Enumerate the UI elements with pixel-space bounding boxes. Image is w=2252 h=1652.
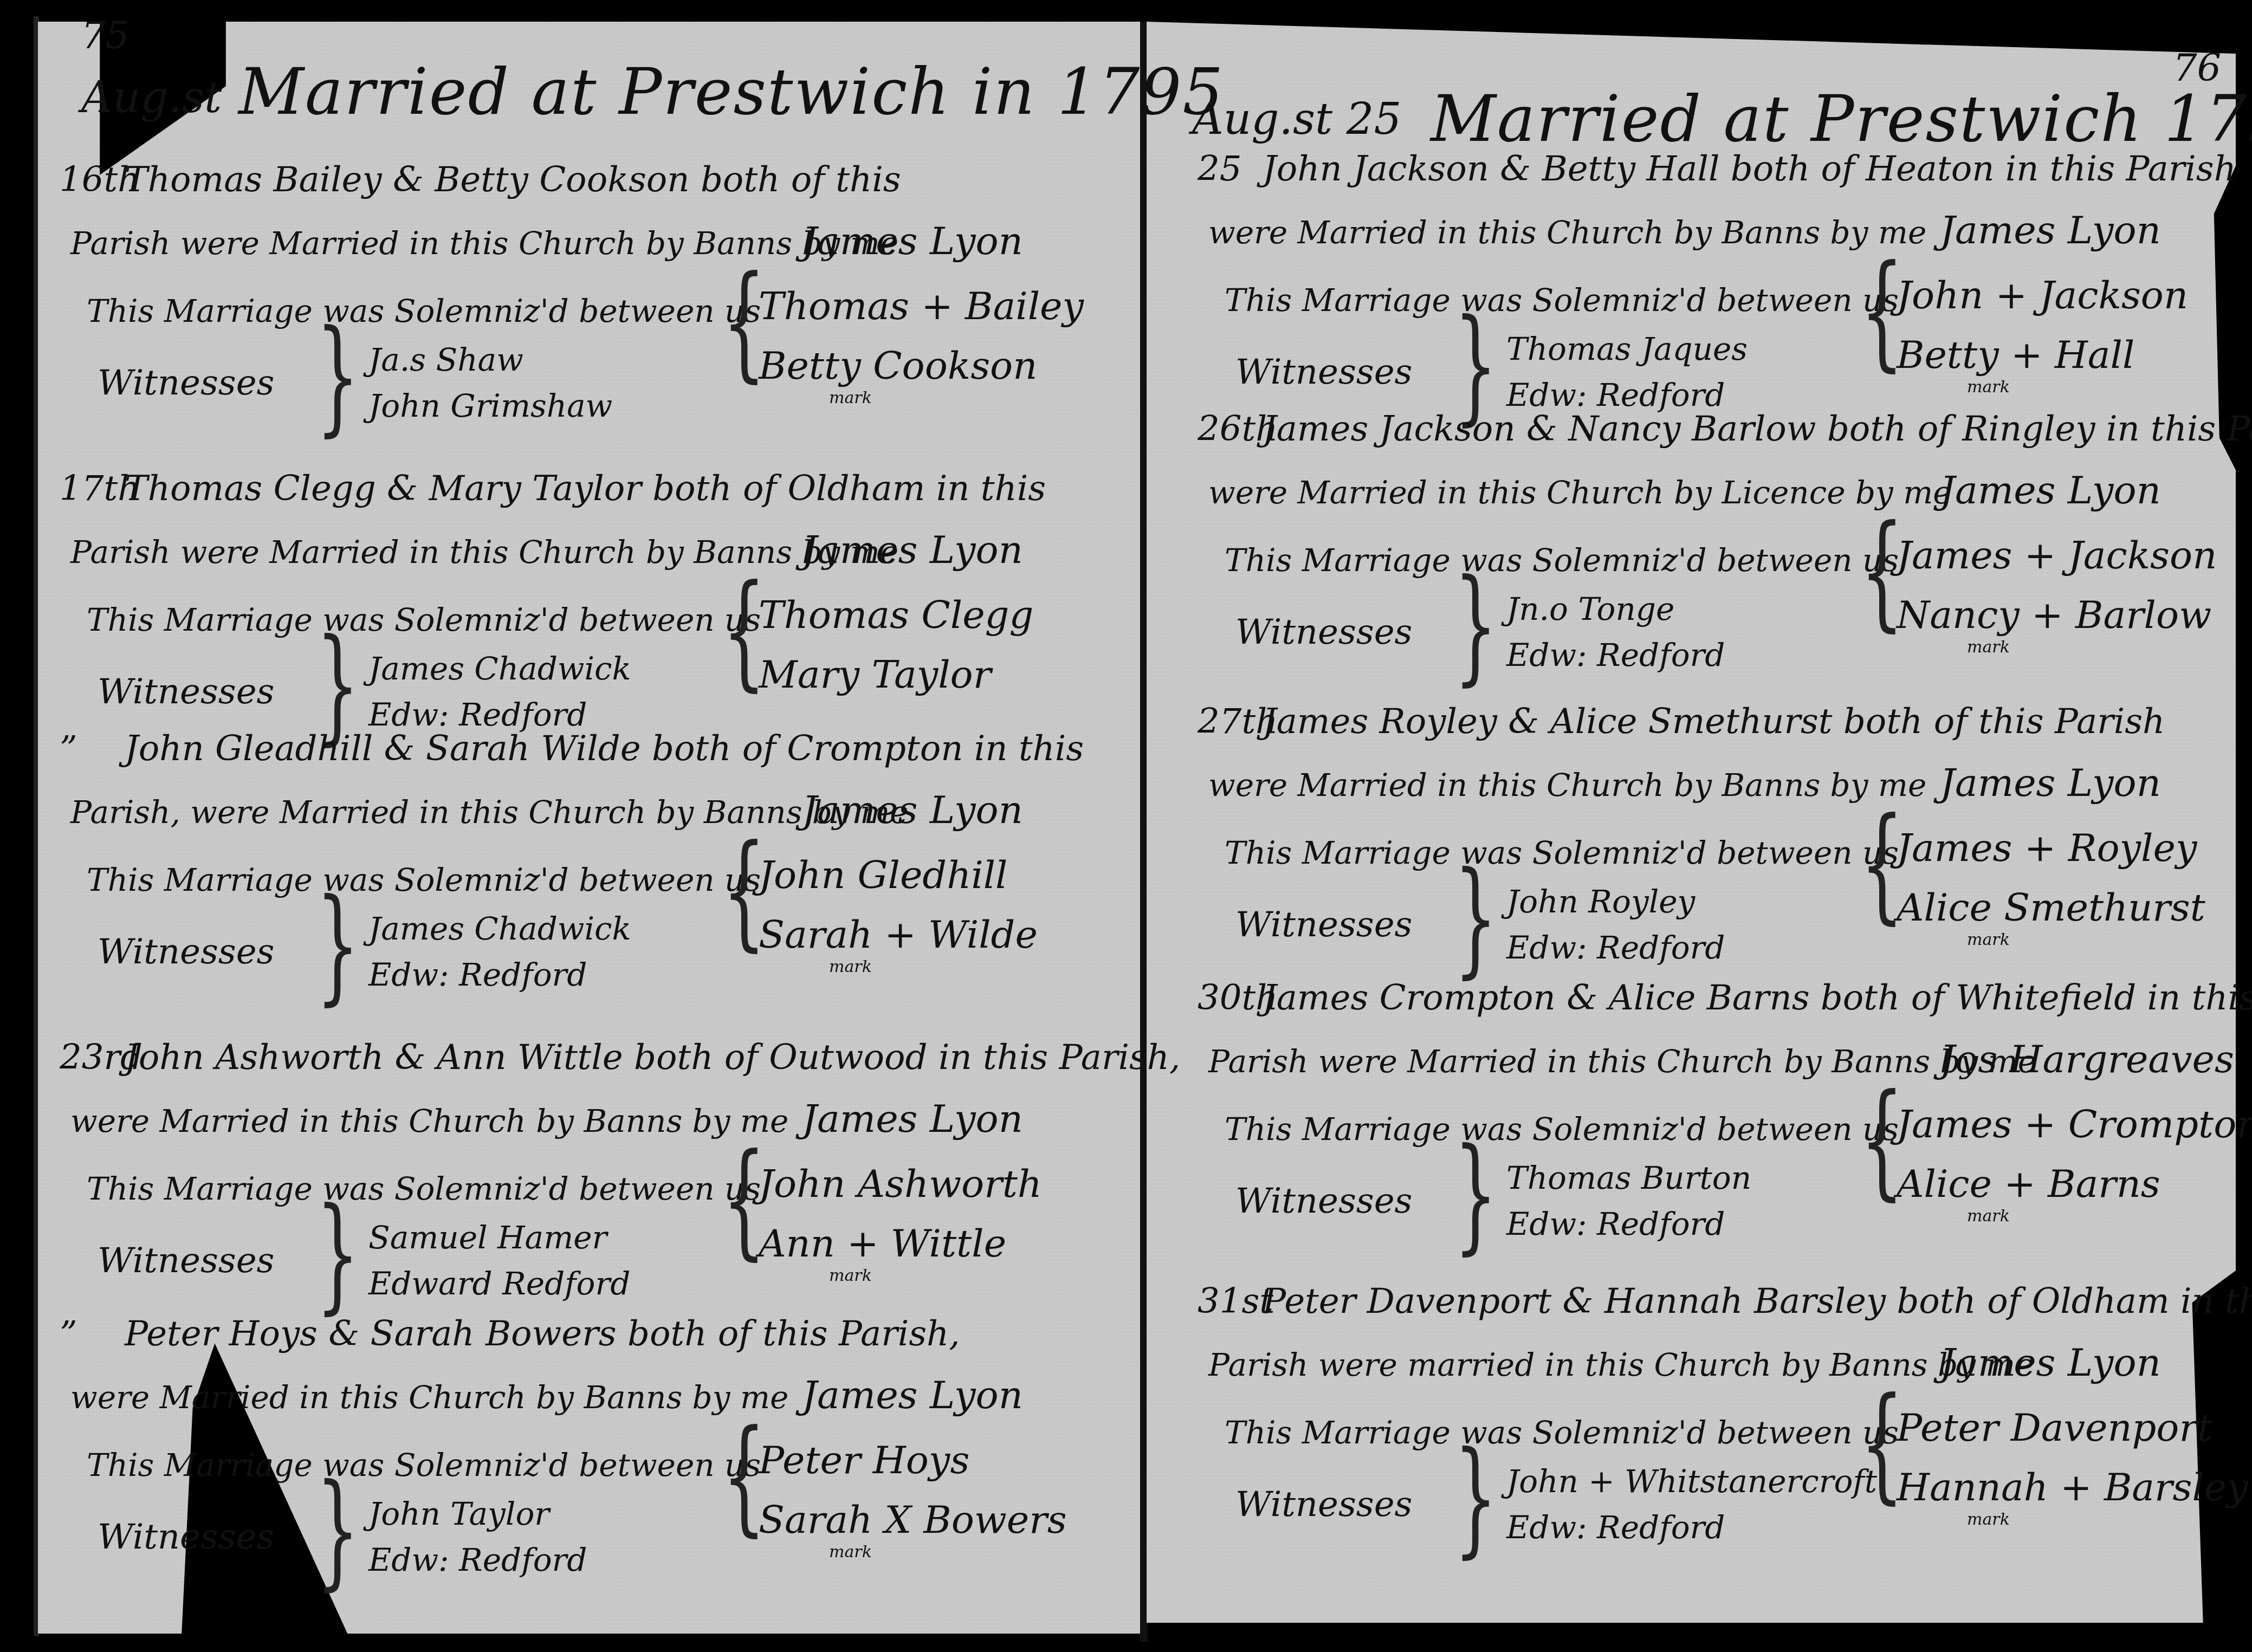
- entry-parties-line: John Ashworth & Ann Wittle both of Outwo…: [125, 1040, 1180, 1075]
- witness-brace: }: [1454, 1132, 1497, 1257]
- entry-parties-line: James Royley & Alice Smethurst both of t…: [1263, 704, 2165, 739]
- entry-parties-line: Peter Hoys & Sarah Bowers both of this P…: [125, 1317, 960, 1351]
- witnesses-label: Witnesses: [98, 1520, 274, 1554]
- witness-2: Edw: Redford: [368, 1544, 587, 1576]
- witnesses-label: Witnesses: [98, 935, 274, 969]
- witness-2: Edw: Redford: [1506, 379, 1725, 411]
- entry-parties-line: James Jackson & Nancy Barlow both of Rin…: [1263, 412, 2252, 446]
- solemnized-text: This Marriage was Solemniz'd between us: [1225, 837, 1899, 869]
- entry-parties-line: John Jackson & Betty Hall both of Heaton…: [1263, 152, 2236, 186]
- mark-label: mark: [1967, 379, 2010, 396]
- witness-1: John Taylor: [368, 1498, 549, 1530]
- witness-2: Edw: Redford: [1506, 1512, 1725, 1543]
- witness-brace: }: [316, 314, 359, 439]
- witnesses-label: Witnesses: [1235, 355, 1412, 390]
- officiant-signature: James Lyon: [802, 1376, 1023, 1414]
- bride-signature: Alice + Barns: [1897, 1165, 2160, 1203]
- witness-2: John Grimshaw: [368, 390, 612, 422]
- entry-parties-line: Thomas Clegg & Mary Taylor both of Oldha…: [125, 471, 1046, 506]
- entry-banns-line: Parish were Married in this Church by Ba…: [70, 228, 898, 259]
- mark-label: mark: [829, 959, 872, 975]
- witness-2: Edward Redford: [368, 1268, 630, 1299]
- witness-1: John + Whitstanercroft: [1506, 1466, 1877, 1497]
- left-month: Aug.st: [81, 76, 222, 119]
- witness-2: Edw: Redford: [1506, 932, 1725, 963]
- entry-date: 31st: [1198, 1284, 1273, 1319]
- witness-brace: }: [316, 1192, 359, 1317]
- solemnized-text: This Marriage was Solemniz'd between us: [1225, 1113, 1899, 1145]
- witnesses-label: Witnesses: [98, 675, 274, 709]
- bride-signature: Alice Smethurst: [1897, 889, 2205, 927]
- right-page-heading: Married at Prestwich 1795: [1431, 87, 2252, 151]
- witness-brace: }: [1454, 1436, 1497, 1560]
- witnesses-label: Witnesses: [1235, 1487, 1412, 1522]
- entry-parties-line: James Crompton & Alice Barns both of Whi…: [1263, 981, 2252, 1015]
- officiant-signature: Jos Hargreaves: [1940, 1040, 2234, 1078]
- groom-signature: Thomas + Bailey: [759, 287, 1084, 325]
- groom-signature: John Gledhill: [759, 856, 1007, 894]
- groom-signature: Peter Davenport: [1897, 1409, 2212, 1447]
- solemnized-text: This Marriage was Solemniz'd between us: [1225, 284, 1899, 316]
- entry-banns-line: Parish, were Married in this Church by B…: [70, 796, 909, 828]
- witness-1: James Chadwick: [368, 913, 631, 944]
- groom-signature: John + Jackson: [1897, 276, 2188, 314]
- officiant-signature: James Lyon: [802, 791, 1023, 829]
- solemnized-text: This Marriage was Solemniz'd between us: [87, 1449, 761, 1481]
- mark-label: mark: [1967, 932, 2010, 948]
- bride-signature: Sarah + Wilde: [759, 916, 1038, 954]
- witness-1: Thomas Burton: [1506, 1162, 1751, 1194]
- entry-banns-line: Parish were Married in this Church by Ba…: [1208, 1046, 2036, 1077]
- entry-banns-line: Parish were Married in this Church by Ba…: [70, 536, 898, 568]
- groom-signature: James + Crompton: [1897, 1105, 2252, 1143]
- mark-label: mark: [829, 1544, 872, 1560]
- bride-signature: Nancy + Barlow: [1897, 596, 2211, 634]
- groom-signature: James + Jackson: [1897, 536, 2217, 574]
- bride-signature: Ann + Wittle: [759, 1225, 1006, 1262]
- book-gutter: [1140, 22, 1148, 1642]
- officiant-signature: James Lyon: [1940, 211, 2161, 249]
- witnesses-label: Witnesses: [1235, 615, 1412, 650]
- witness-brace: }: [316, 1468, 359, 1593]
- officiant-signature: James Lyon: [802, 531, 1023, 569]
- groom-signature: Thomas Clegg: [759, 596, 1033, 634]
- bride-signature: Hannah + Barsley: [1897, 1468, 2248, 1506]
- bride-signature: Sarah X Bowers: [759, 1501, 1067, 1539]
- witness-1: John Royley: [1506, 886, 1695, 917]
- witness-1: Ja.s Shaw: [368, 344, 523, 375]
- solemnized-text: This Marriage was Solemniz'd between us: [87, 1173, 761, 1204]
- officiant-signature: James Lyon: [1940, 764, 2161, 802]
- bride-signature: Betty + Hall: [1897, 336, 2134, 374]
- entry-banns-line: were Married in this Church by Banns by …: [1208, 217, 1926, 248]
- bride-signature: Mary Taylor: [759, 656, 991, 694]
- entry-date: ”: [60, 1317, 77, 1351]
- solemnized-text: This Marriage was Solemniz'd between us: [87, 604, 761, 636]
- solemnized-text: This Marriage was Solemniz'd between us: [87, 295, 761, 327]
- witness-2: Edw: Redford: [368, 959, 587, 990]
- witness-2: Edw: Redford: [1506, 1208, 1725, 1240]
- witnesses-label: Witnesses: [1235, 1184, 1412, 1219]
- groom-signature: James + Royley: [1897, 829, 2197, 867]
- mark-label: mark: [829, 1268, 872, 1284]
- entry-banns-line: were Married in this Church by Banns by …: [70, 1105, 788, 1137]
- entry-banns-line: were Married in this Church by Banns by …: [1208, 769, 1926, 801]
- entry-parties-line: John Gleadhill & Sarah Wilde both of Cro…: [125, 731, 1084, 766]
- witness-brace: }: [1454, 856, 1497, 981]
- mark-label: mark: [1967, 1208, 2010, 1225]
- witness-2: Edw: Redford: [368, 699, 587, 730]
- groom-signature: John Ashworth: [759, 1165, 1042, 1203]
- left-page-heading: Married at Prestwich in 1795: [238, 60, 1224, 124]
- entry-banns-line: Parish were married in this Church by Ba…: [1208, 1349, 2034, 1381]
- entry-parties-line: Thomas Bailey & Betty Cookson both of th…: [125, 163, 901, 197]
- entry-date: 25: [1198, 152, 1241, 186]
- witness-brace: }: [1454, 563, 1497, 688]
- witness-2: Edw: Redford: [1506, 639, 1725, 671]
- entry-date: ”: [60, 731, 77, 766]
- entry-parties-line: Peter Davenport & Hannah Barsley both of…: [1263, 1284, 2252, 1319]
- officiant-signature: James Lyon: [802, 222, 1023, 260]
- solemnized-text: This Marriage was Solemniz'd between us: [1225, 1417, 1899, 1448]
- witness-1: James Chadwick: [368, 653, 631, 684]
- entry-banns-line: were Married in this Church by Licence b…: [1208, 477, 1952, 508]
- groom-signature: Peter Hoys: [759, 1441, 969, 1479]
- witness-brace: }: [316, 883, 359, 1008]
- witness-1: Thomas Jaques: [1506, 333, 1748, 365]
- solemnized-text: This Marriage was Solemniz'd between us: [87, 864, 761, 896]
- witnesses-label: Witnesses: [98, 366, 274, 400]
- mark-label: mark: [829, 390, 872, 406]
- mark-label: mark: [1967, 639, 2010, 656]
- witness-1: Jn.o Tonge: [1506, 593, 1674, 625]
- solemnized-text: This Marriage was Solemniz'd between us: [1225, 545, 1899, 576]
- officiant-signature: James Lyon: [1940, 1344, 2161, 1382]
- officiant-signature: James Lyon: [802, 1100, 1023, 1138]
- witnesses-label: Witnesses: [1235, 908, 1412, 942]
- officiant-signature: James Lyon: [1940, 471, 2161, 509]
- mark-label: mark: [1967, 1512, 2010, 1528]
- entry-banns-line: were Married in this Church by Banns by …: [70, 1382, 788, 1413]
- right-month: Aug.st 25: [1192, 98, 1401, 141]
- witness-1: Samuel Hamer: [368, 1222, 607, 1253]
- left-page-number: 75: [81, 16, 130, 54]
- witnesses-label: Witnesses: [98, 1243, 274, 1278]
- bride-signature: Betty Cookson: [759, 347, 1037, 385]
